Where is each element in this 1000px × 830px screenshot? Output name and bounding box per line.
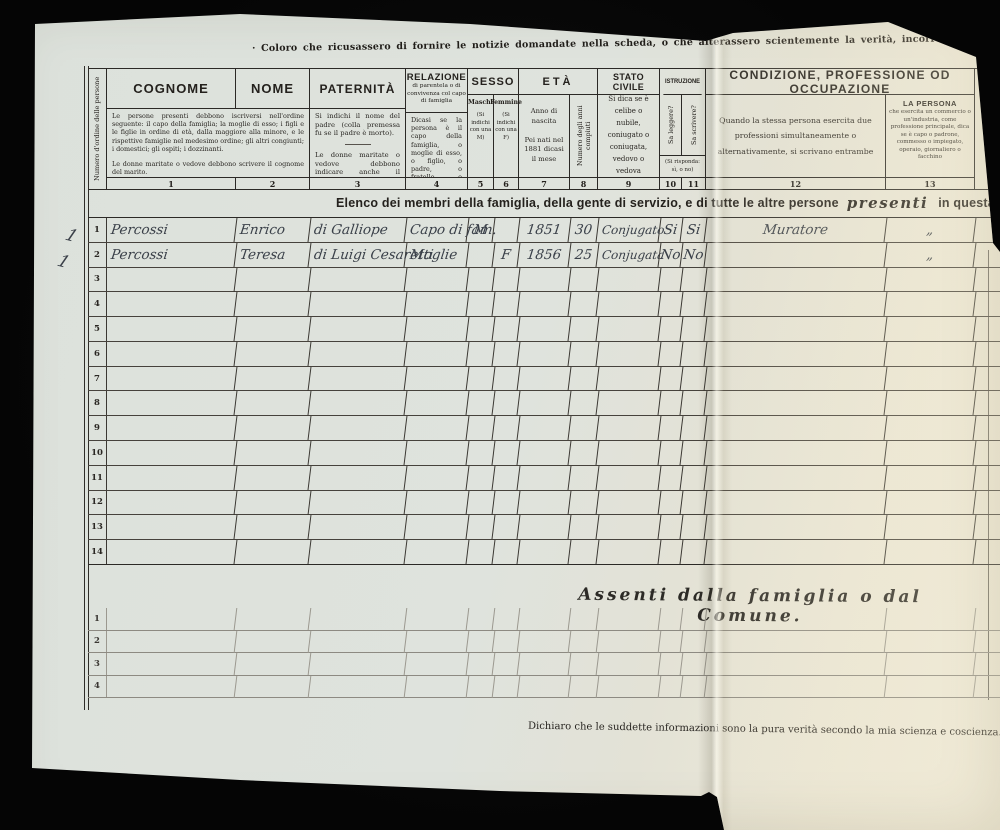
sa-leggere-label: Sa leggere?	[667, 95, 675, 155]
cell-cognome: Percossi	[106, 218, 238, 242]
cell-sa-scrivere	[681, 491, 708, 515]
relazione-subtitle: di parentela o di convivenza col capo di…	[406, 83, 467, 106]
cell-sesso-f	[493, 631, 521, 653]
cell-sa-scrivere: No	[681, 243, 708, 267]
cell-cognome	[106, 466, 238, 490]
divider-rule	[345, 144, 371, 145]
cell-anni-compiuti	[569, 342, 600, 366]
cell-cognome	[106, 540, 238, 564]
istruzione-note: (Si risponda: sì, o no)	[660, 156, 705, 176]
table-row: 4	[88, 292, 1000, 317]
cell-sa-scrivere	[681, 342, 708, 366]
cell-professione	[705, 317, 888, 341]
cell-anni-compiuti	[569, 540, 600, 564]
cell-la-persona	[885, 466, 977, 490]
cell-sesso-m	[467, 540, 496, 564]
cell-relazione	[405, 466, 470, 490]
cell-paternita	[309, 608, 408, 630]
cell-cognome	[106, 676, 238, 698]
cell-relazione	[405, 292, 470, 316]
cell-sesso-f	[493, 491, 521, 515]
row-number: 9	[88, 416, 107, 440]
cell-anno-nascita	[518, 631, 572, 653]
cell-anno-nascita	[518, 441, 572, 465]
cell-sesso-f	[493, 515, 521, 539]
cell-cut-sliver	[975, 292, 1000, 316]
row-number: 6	[88, 342, 107, 366]
cell-sa-leggere	[659, 676, 684, 698]
elenco-presenti: presenti	[847, 194, 928, 212]
cell-professione	[705, 292, 888, 316]
cell-stato-civile	[597, 268, 662, 292]
cell-la-persona	[885, 268, 977, 292]
cell-paternita	[309, 631, 408, 653]
cell-cognome	[106, 491, 238, 515]
row-number: 3	[88, 268, 107, 292]
row-number: 11	[88, 466, 107, 490]
cell-professione: Muratore	[705, 218, 888, 242]
cell-professione	[705, 367, 888, 391]
cell-nome	[235, 268, 312, 292]
cell-sesso-m	[467, 367, 496, 391]
cell-relazione	[405, 268, 470, 292]
elenco-post: in questa abitazione alla mez	[938, 196, 1000, 210]
cell-nome	[235, 292, 312, 316]
paternita-note1: Si indichi il nome del padre (colla prem…	[310, 109, 405, 141]
relazione-title: RELAZIONE	[406, 72, 467, 83]
eta-title: ETÀ	[519, 69, 597, 95]
cell-sesso-f	[493, 653, 521, 675]
cell-sesso-m	[467, 466, 496, 490]
cell-cut-sliver	[975, 466, 1000, 490]
cell-professione	[705, 268, 888, 292]
cell-sa-leggere	[659, 416, 684, 440]
stato-title: STATO CIVILE	[598, 69, 659, 95]
cell-sesso-f	[493, 317, 521, 341]
cell-la-persona	[885, 441, 977, 465]
cell-sesso-m	[467, 268, 496, 292]
cell-sa-leggere: No	[659, 243, 684, 267]
cell-anno-nascita	[518, 342, 572, 366]
cell-cut-sliver	[975, 367, 1000, 391]
presenti-rows: 1 Percossi Enrico di Galliope Capo di fa…	[88, 218, 1000, 565]
cell-stato-civile	[597, 608, 662, 630]
cell-paternita	[309, 367, 408, 391]
cell-paternita	[309, 653, 408, 675]
cell-sa-scrivere	[681, 317, 708, 341]
cell-sesso-f	[493, 292, 521, 316]
eta-nascita-line1: Anno di nascita	[519, 104, 569, 130]
row-number: 4	[88, 292, 107, 316]
cell-professione	[705, 540, 888, 564]
cell-cut-sliver	[975, 676, 1000, 698]
table-row: 12	[88, 491, 1000, 516]
column-stato-civile: STATO CIVILE Si dica se è celibe o nubil…	[598, 69, 660, 189]
cell-stato-civile	[597, 676, 662, 698]
cell-paternita	[309, 391, 408, 415]
cell-professione	[705, 416, 888, 440]
condizione-title: CONDIZIONE, PROFESSIONE OD OCCUPAZIONE	[706, 69, 974, 95]
cell-sa-leggere	[659, 268, 684, 292]
column-group-eta: ETÀ Anno di nascita Pei nati nel 1881 di…	[519, 69, 598, 189]
row-number: 13	[88, 515, 107, 539]
cell-cut-sliver	[975, 243, 1000, 267]
cell-stato-civile	[597, 342, 662, 366]
column-numero: Numero d'ordine delle persone	[88, 69, 107, 189]
cell-stato-civile	[597, 653, 662, 675]
cell-cut-sliver	[975, 391, 1000, 415]
cell-paternita: di Luigi Cesaretti	[309, 243, 408, 267]
cell-nome	[235, 515, 312, 539]
cell-stato-civile	[597, 292, 662, 316]
cell-anno-nascita	[518, 491, 572, 515]
row-number: 14	[88, 540, 107, 564]
cell-nome	[235, 317, 312, 341]
cell-anni-compiuti	[569, 416, 600, 440]
cell-anni-compiuti	[569, 317, 600, 341]
cell-sesso-m	[467, 653, 496, 675]
cell-sa-leggere	[659, 441, 684, 465]
column-group-sesso: SESSO Maschi (Si indichi con una M) Femm…	[468, 69, 519, 189]
cell-sesso-m: M	[467, 218, 496, 242]
cell-cognome	[106, 441, 238, 465]
istruzione-title: ISTRUZIONE	[663, 69, 701, 95]
cell-cut-sliver	[975, 540, 1000, 564]
cell-anno-nascita	[518, 653, 572, 675]
cell-cognome	[106, 515, 238, 539]
cell-sesso-m	[467, 491, 496, 515]
cell-la-persona	[885, 491, 977, 515]
row-number: 8	[88, 391, 107, 415]
cell-sesso-f	[493, 218, 521, 242]
cell-cut-sliver	[975, 317, 1000, 341]
left-double-rule-outer	[84, 66, 85, 710]
table-row: 1 Percossi Enrico di Galliope Capo di fa…	[88, 218, 1000, 243]
cell-anni-compiuti	[569, 268, 600, 292]
cell-sesso-m	[467, 608, 496, 630]
table-row: 5	[88, 317, 1000, 342]
cell-relazione	[405, 515, 470, 539]
cell-stato-civile	[597, 631, 662, 653]
cell-anno-nascita: 1856	[518, 243, 572, 267]
cell-sa-scrivere	[681, 416, 708, 440]
cell-paternita	[309, 466, 408, 490]
cell-sa-leggere	[659, 631, 684, 653]
table-row: 6	[88, 342, 1000, 367]
condizione-col12-note: Quando la stessa persona esercita due pr…	[706, 111, 885, 162]
cell-cognome	[106, 608, 238, 630]
cell-sa-scrivere	[681, 540, 708, 564]
cell-paternita	[309, 676, 408, 698]
cell-sesso-f	[493, 416, 521, 440]
cell-relazione	[405, 416, 470, 440]
cell-sesso-m	[467, 342, 496, 366]
cell-nome	[235, 367, 312, 391]
cell-relazione	[405, 367, 470, 391]
cell-paternita	[309, 491, 408, 515]
cell-la-persona	[885, 631, 977, 653]
row-number: 2	[88, 631, 107, 653]
cell-anni-compiuti	[569, 676, 600, 698]
cell-la-persona	[885, 292, 977, 316]
cell-anno-nascita	[518, 540, 572, 564]
cell-sa-leggere	[659, 515, 684, 539]
cell-la-persona: „	[885, 243, 977, 267]
sesso-title: SESSO	[468, 69, 518, 95]
cell-nome	[235, 342, 312, 366]
paternita-title: PATERNITÀ	[310, 69, 405, 109]
cell-nome	[235, 466, 312, 490]
column-paternita: PATERNITÀ Si indichi il nome del padre (…	[310, 69, 406, 189]
cell-sesso-f	[493, 676, 521, 698]
cell-sesso-m	[467, 292, 496, 316]
cell-la-persona	[885, 317, 977, 341]
table-row: 3	[88, 653, 1000, 676]
row-number: 4	[88, 676, 107, 698]
cell-nome	[235, 491, 312, 515]
table-row: 14	[88, 540, 1000, 565]
cell-cut-sliver	[975, 268, 1000, 292]
cell-sesso-m	[467, 515, 496, 539]
cell-relazione: Moglie	[405, 243, 470, 267]
cell-paternita	[309, 416, 408, 440]
cell-anno-nascita: 1851	[518, 218, 572, 242]
cell-sesso-f	[493, 540, 521, 564]
row-number: 7	[88, 367, 107, 391]
cell-anni-compiuti	[569, 441, 600, 465]
cell-cognome	[106, 317, 238, 341]
cell-sesso-f	[493, 391, 521, 415]
declaration-footer: Dichiaro che le suddette informazioni so…	[528, 721, 998, 739]
relazione-note: Dicasi se la persona è il capo della fam…	[406, 113, 467, 177]
cell-relazione	[405, 608, 470, 630]
cell-la-persona	[885, 653, 977, 675]
cell-paternita	[309, 540, 408, 564]
cell-cognome	[106, 292, 238, 316]
cell-sa-scrivere	[681, 631, 708, 653]
cell-sa-leggere	[659, 391, 684, 415]
cell-sesso-m	[467, 416, 496, 440]
cell-sesso-m	[467, 631, 496, 653]
table-row: 13	[88, 515, 1000, 540]
cell-cognome	[106, 367, 238, 391]
cognome-nome-note1: Le persone presenti debbono iscriversi n…	[107, 109, 309, 156]
cell-anni-compiuti	[569, 608, 600, 630]
row-number: 12	[88, 491, 107, 515]
cell-nome	[235, 676, 312, 698]
table-row: 2 Percossi Teresa di Luigi Cesaretti Mog…	[88, 243, 1000, 268]
cell-la-persona	[885, 416, 977, 440]
cell-relazione	[405, 676, 470, 698]
table-header: Numero d'ordine delle persone COGNOME NO…	[88, 68, 1000, 190]
cell-anno-nascita	[518, 676, 572, 698]
row-number: 10	[88, 441, 107, 465]
cell-nome	[235, 441, 312, 465]
margin-tick-row1: 1	[62, 225, 81, 246]
stato-note: Si dica se è celibe o nubile, coniugato …	[598, 95, 659, 177]
cell-professione	[705, 676, 888, 698]
elenco-pre: Elenco dei membri della famiglia, della …	[336, 196, 839, 210]
column-group-istruzione: ISTRUZIONE Sa leggere? Sa scrivere? (Si …	[660, 69, 706, 189]
cell-la-persona	[885, 540, 977, 564]
eta-anni-label: Numero degli anni compiuti	[576, 95, 592, 177]
cell-sa-leggere	[659, 653, 684, 675]
cell-anni-compiuti	[569, 515, 600, 539]
nome-title: NOME	[236, 69, 309, 108]
cell-professione	[705, 441, 888, 465]
table-row: 3	[88, 268, 1000, 293]
cell-anno-nascita	[518, 292, 572, 316]
cell-nome	[235, 391, 312, 415]
cell-nome: Teresa	[235, 243, 312, 267]
cell-relazione: Capo di fam.	[405, 218, 470, 242]
penalty-notice: · Coloro che ricusassero di fornire le n…	[252, 33, 994, 54]
cell-la-persona	[885, 391, 977, 415]
cell-cut-sliver	[975, 608, 1000, 630]
cell-paternita	[309, 292, 408, 316]
cell-anni-compiuti	[569, 391, 600, 415]
cell-cognome	[106, 342, 238, 366]
cognome-title: COGNOME	[107, 69, 236, 108]
cell-sa-scrivere	[681, 292, 708, 316]
cell-sesso-f	[493, 608, 521, 630]
la-persona-title: LA PERSONA	[903, 95, 957, 108]
cell-cut-sliver	[975, 515, 1000, 539]
cell-sa-scrivere	[681, 367, 708, 391]
cell-anni-compiuti: 25	[569, 243, 600, 267]
cell-sa-leggere	[659, 491, 684, 515]
cell-cognome	[106, 653, 238, 675]
cell-sa-scrivere	[681, 653, 708, 675]
cell-anno-nascita	[518, 391, 572, 415]
cell-nome	[235, 608, 312, 630]
cell-relazione	[405, 540, 470, 564]
cell-anni-compiuti	[569, 292, 600, 316]
cell-la-persona	[885, 367, 977, 391]
cell-cognome	[106, 391, 238, 415]
cell-paternita	[309, 268, 408, 292]
sa-scrivere-label: Sa scrivere?	[690, 95, 698, 155]
femmine-note: (Si indichi con una F)	[494, 106, 518, 148]
cognome-nome-note2: Le donne maritate o vedove debbono scriv…	[107, 156, 309, 177]
cell-sa-leggere	[659, 292, 684, 316]
row-number: 1	[88, 218, 107, 242]
cell-paternita	[309, 342, 408, 366]
cell-relazione	[405, 653, 470, 675]
cell-anno-nascita	[518, 317, 572, 341]
cell-la-persona: „	[885, 218, 977, 242]
cell-relazione	[405, 391, 470, 415]
cell-stato-civile	[597, 391, 662, 415]
cell-sesso-m	[467, 441, 496, 465]
row-number: 3	[88, 653, 107, 675]
cell-nome	[235, 653, 312, 675]
cell-stato-civile	[597, 491, 662, 515]
cell-professione	[705, 515, 888, 539]
cell-sa-leggere	[659, 317, 684, 341]
table-row: 10	[88, 441, 1000, 466]
cell-cut-sliver	[975, 653, 1000, 675]
cell-sesso-f	[493, 342, 521, 366]
cell-sa-leggere	[659, 466, 684, 490]
cell-cut-sliver	[975, 491, 1000, 515]
cell-anni-compiuti	[569, 491, 600, 515]
cell-nome: Enrico	[235, 218, 312, 242]
cell-sa-scrivere	[681, 676, 708, 698]
assenti-rows: 1 2	[88, 608, 1000, 698]
cell-relazione	[405, 317, 470, 341]
cell-cut-sliver	[975, 342, 1000, 366]
cell-stato-civile	[597, 317, 662, 341]
cell-anno-nascita	[518, 367, 572, 391]
numero-label: Numero d'ordine delle persone	[88, 69, 106, 189]
cell-la-persona	[885, 676, 977, 698]
cell-stato-civile	[597, 515, 662, 539]
cell-sa-scrivere	[681, 391, 708, 415]
cell-la-persona	[885, 515, 977, 539]
photo-of-census-sheet: · Coloro che ricusassero di fornire le n…	[0, 0, 1000, 830]
cell-paternita: di Galliope	[309, 218, 408, 242]
cell-anno-nascita	[518, 416, 572, 440]
cell-professione	[705, 491, 888, 515]
cell-professione	[705, 243, 888, 267]
table-row: 11	[88, 466, 1000, 491]
cell-paternita	[309, 317, 408, 341]
column-cut-sliver	[975, 69, 1000, 189]
cell-anno-nascita	[518, 268, 572, 292]
cell-cognome	[106, 631, 238, 653]
cell-professione	[705, 466, 888, 490]
column-group-cognome-nome: COGNOME NOME Le persone presenti debbono…	[107, 69, 310, 189]
table-row: 4	[88, 676, 1000, 699]
cell-anno-nascita	[518, 608, 572, 630]
column-relazione: RELAZIONE di parentela o di convivenza c…	[406, 69, 468, 189]
column-group-condizione: CONDIZIONE, PROFESSIONE OD OCCUPAZIONE Q…	[706, 69, 975, 189]
cell-sa-leggere	[659, 540, 684, 564]
cell-stato-civile	[597, 441, 662, 465]
cell-anni-compiuti	[569, 631, 600, 653]
cell-sesso-f	[493, 268, 521, 292]
cell-stato-civile	[597, 367, 662, 391]
cell-sesso-m	[467, 243, 496, 267]
cell-paternita	[309, 441, 408, 465]
cell-professione	[705, 653, 888, 675]
cell-nome	[235, 540, 312, 564]
census-sheet: · Coloro che ricusassero di fornire le n…	[0, 0, 1000, 830]
cell-sa-scrivere	[681, 268, 708, 292]
cell-la-persona	[885, 342, 977, 366]
cell-sa-scrivere	[681, 466, 708, 490]
cell-cognome	[106, 416, 238, 440]
cell-anno-nascita	[518, 466, 572, 490]
cell-relazione	[405, 441, 470, 465]
paternita-note2: Le donne maritate o vedove debbono indic…	[310, 148, 405, 177]
cell-anni-compiuti	[569, 367, 600, 391]
cell-sa-leggere	[659, 608, 684, 630]
cell-la-persona	[885, 608, 977, 630]
cell-professione	[705, 608, 888, 630]
cell-cut-sliver	[975, 416, 1000, 440]
cell-anni-compiuti	[569, 466, 600, 490]
cell-sa-scrivere	[681, 608, 708, 630]
cell-anni-compiuti	[569, 653, 600, 675]
cell-professione	[705, 631, 888, 653]
cell-stato-civile: Conjugato	[597, 218, 662, 242]
cell-sesso-f	[493, 466, 521, 490]
cell-anno-nascita	[518, 515, 572, 539]
row-number: 2	[88, 243, 107, 267]
cell-professione	[705, 391, 888, 415]
